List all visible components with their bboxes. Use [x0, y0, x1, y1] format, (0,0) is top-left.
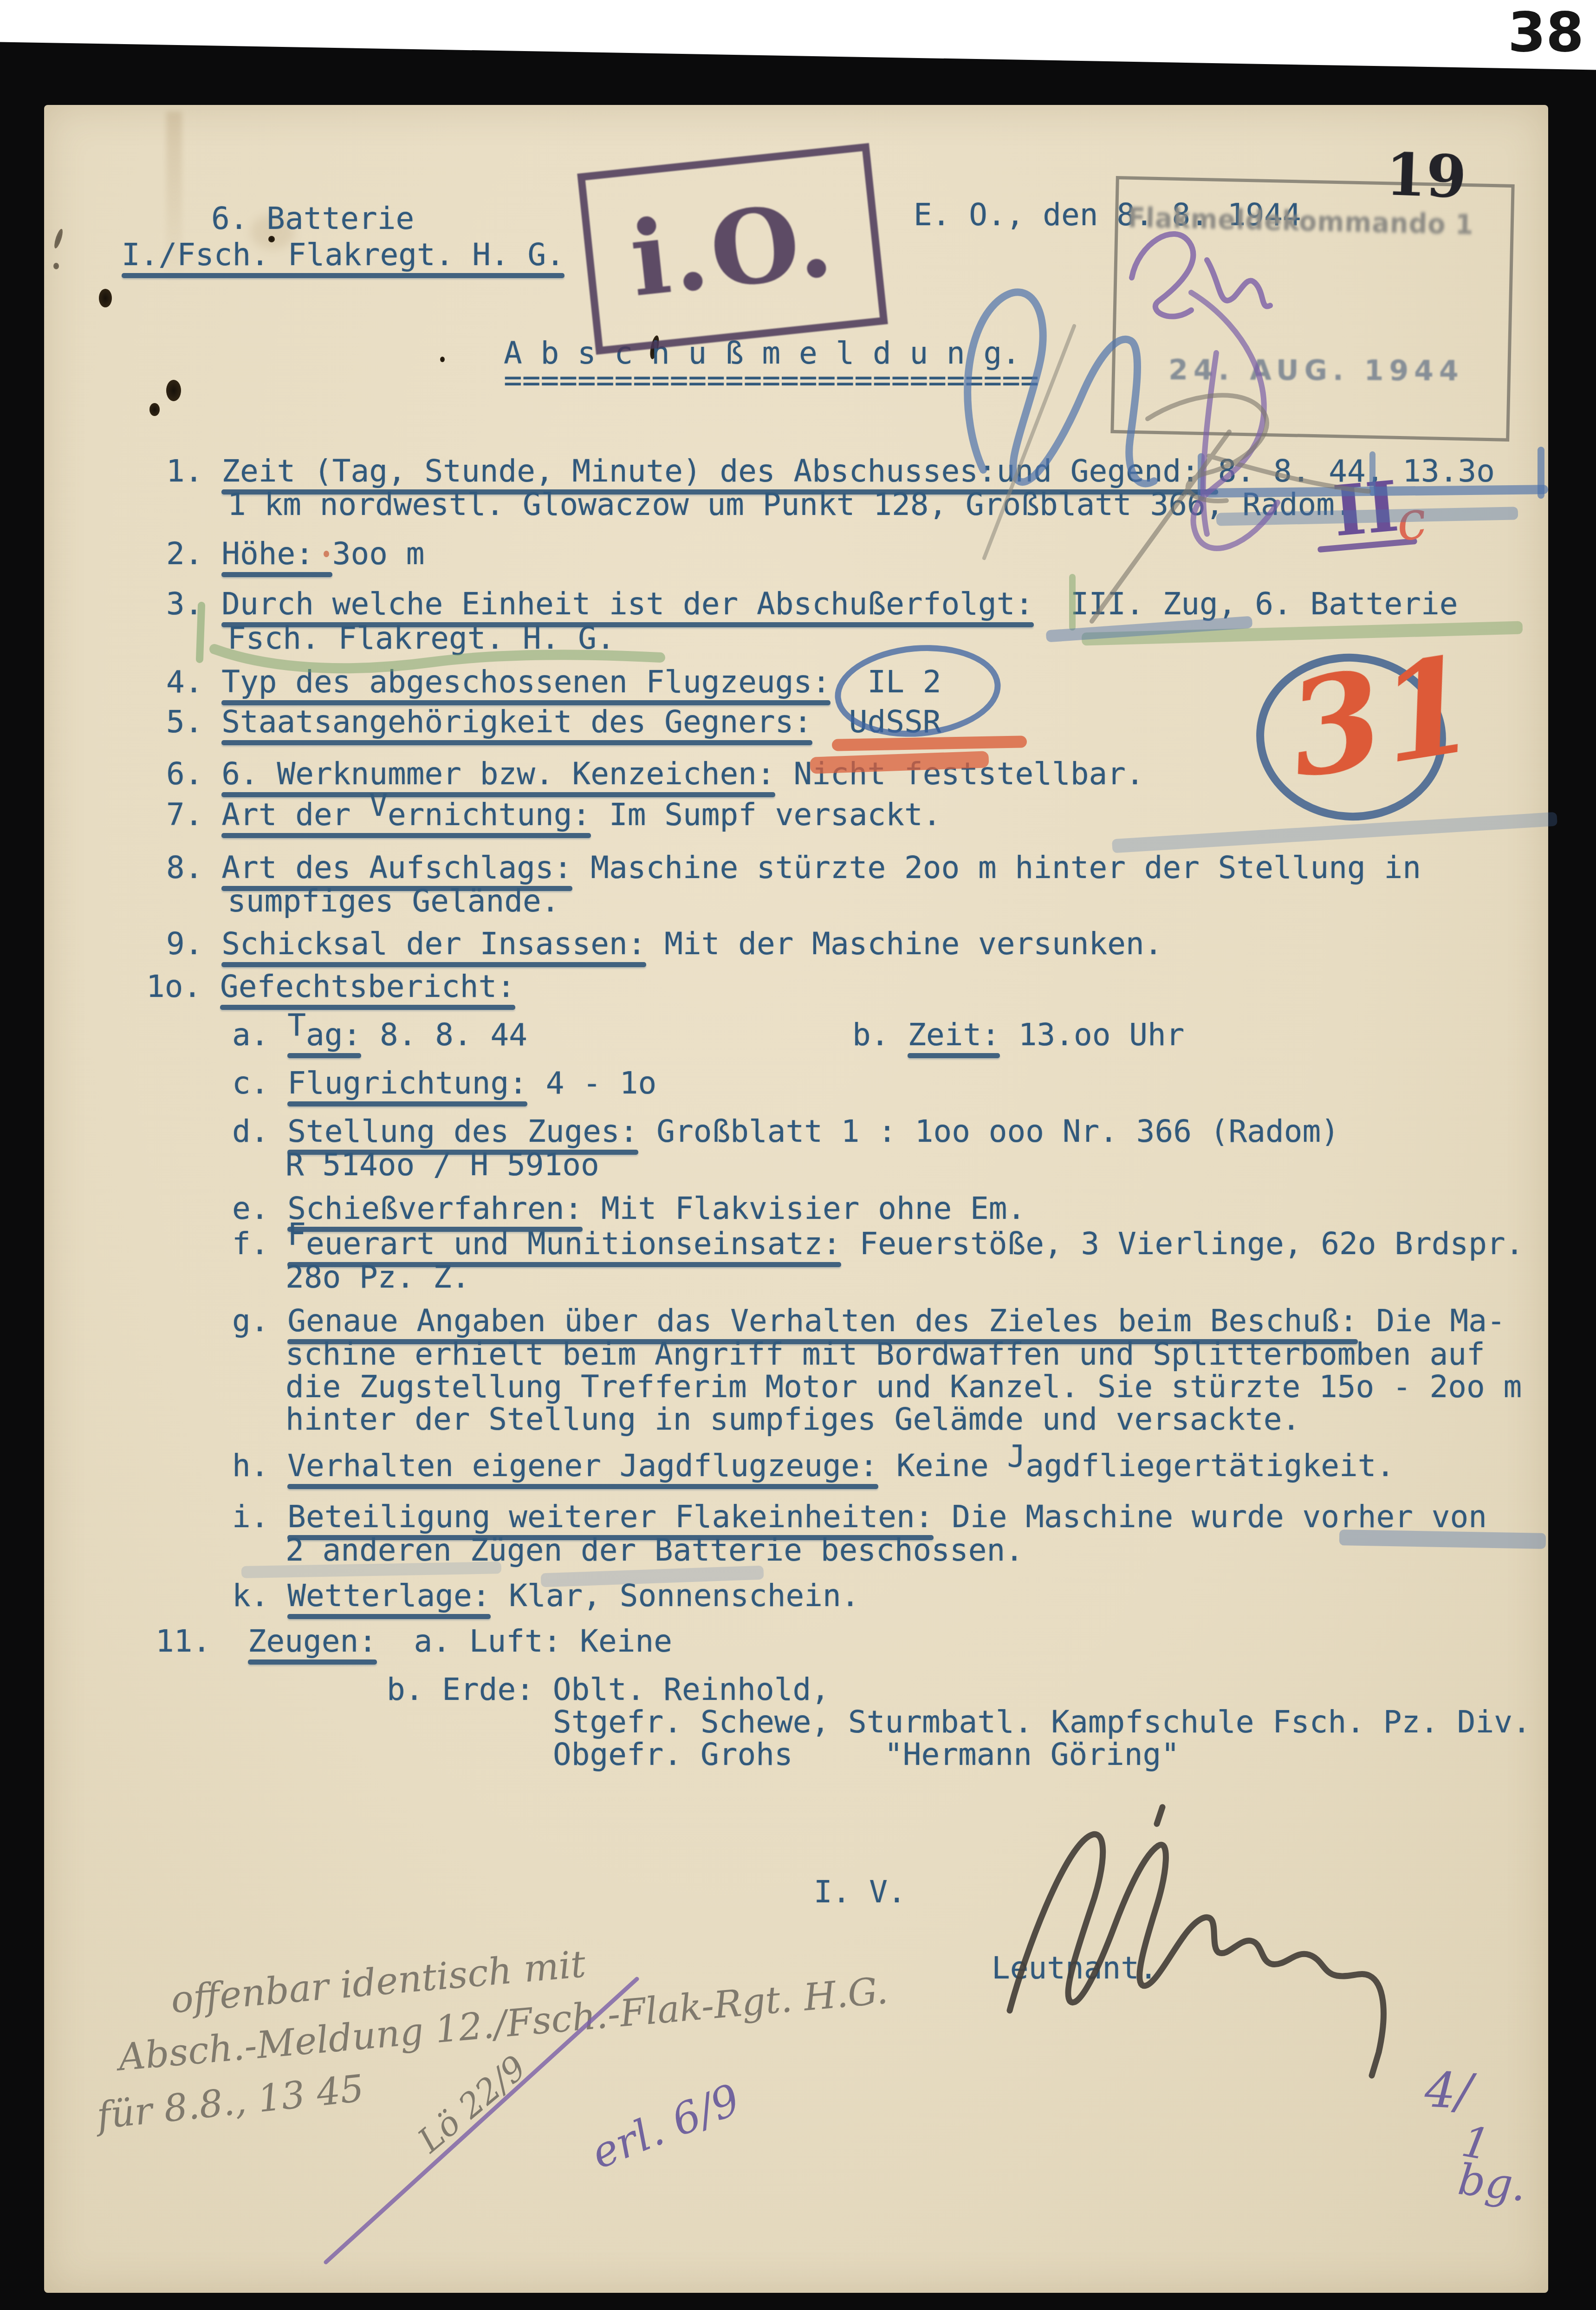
- scribble-overlay: [0, 0, 1596, 2310]
- purple-diagonal-line: [326, 1979, 637, 2262]
- scanned-document-page: { "page": { "corner_number": "38" }, "do…: [0, 0, 1596, 2310]
- green-wavy-underline: [214, 649, 660, 668]
- blue-pencil-scribble: [967, 292, 1154, 483]
- purple-pencil-scribble: [1132, 234, 1270, 317]
- leutnant-signature: [1010, 1807, 1383, 2076]
